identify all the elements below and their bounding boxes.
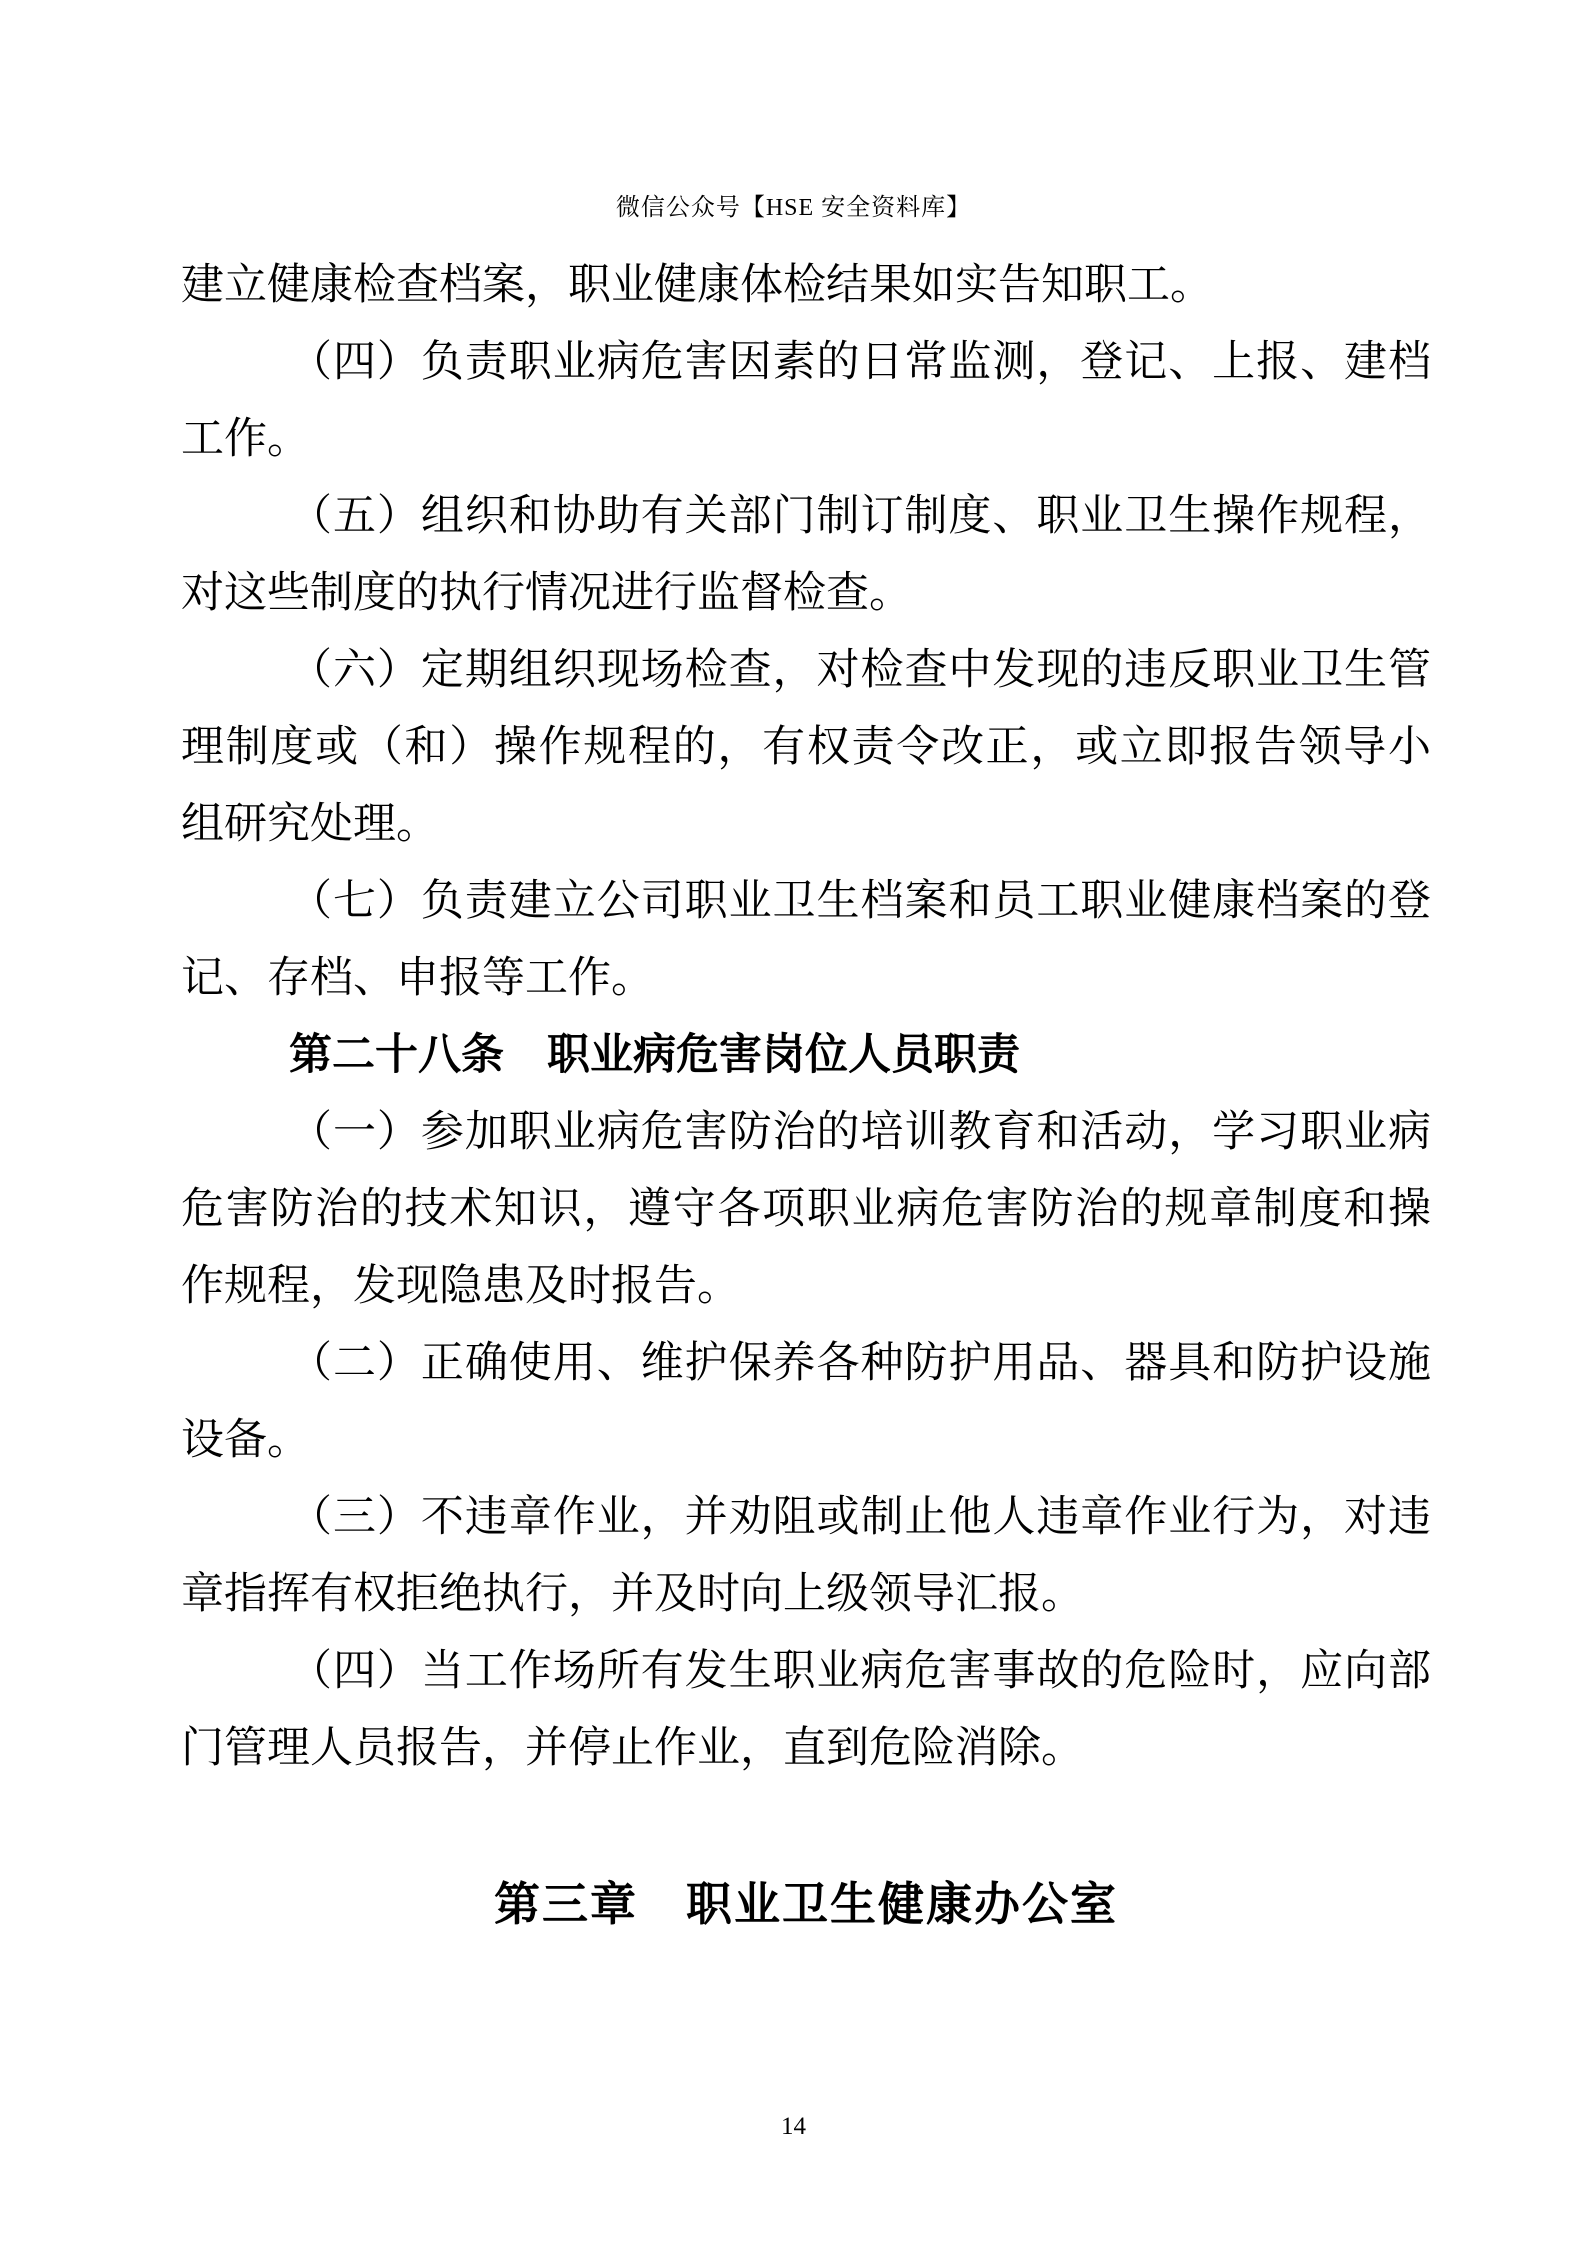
article-heading-line: 第二十八条 职业病危害岗位人员职责 [181,1017,1431,1094]
page-number: 14 [0,2112,1587,2142]
text-line: 记、存档、申报等工作。 [181,940,1431,1017]
text-line: （三）不违章作业，并劝阻或制止他人违章作业行为，对违 [181,1479,1431,1556]
text-line: （六）定期组织现场检查，对检查中发现的违反职业卫生管 [181,632,1431,709]
text-line: 危害防治的技术知识，遵守各项职业病危害防治的规章制度和操 [181,1171,1431,1248]
page-header: 微信公众号【HSE 安全资料库】 [0,194,1587,222]
text-line: （五）组织和协助有关部门制订制度、职业卫生操作规程， [181,478,1431,555]
document-page: 微信公众号【HSE 安全资料库】 建立健康检查档案，职业健康体检结果如实告知职工… [0,0,1587,2245]
text-line: 理制度或（和）操作规程的，有权责令改正，或立即报告领导小 [181,709,1431,786]
text-line: 设备。 [181,1402,1431,1479]
text-line: （四）负责职业病危害因素的日常监测，登记、上报、建档 [181,324,1431,401]
text-line: 作规程，发现隐患及时报告。 [181,1248,1431,1325]
text-line: 工作。 [181,401,1431,478]
text-line: （一）参加职业病危害防治的培训教育和活动，学习职业病 [181,1094,1431,1171]
text-line: （二）正确使用、维护保养各种防护用品、器具和防护设施 [181,1325,1431,1402]
text-line: 对这些制度的执行情况进行监督检查。 [181,555,1431,632]
text-line: 组研究处理。 [181,786,1431,863]
text-line: 建立健康检查档案，职业健康体检结果如实告知职工。 [181,247,1431,324]
text-line: 门管理人员报告，并停止作业，直到危险消除。 [181,1710,1431,1787]
body-text: 建立健康检查档案，职业健康体检结果如实告知职工。（四）负责职业病危害因素的日常监… [181,247,1431,1787]
text-line: （四）当工作场所有发生职业病危害事故的危险时，应向部 [181,1633,1431,1710]
text-line: （七）负责建立公司职业卫生档案和员工职业健康档案的登 [181,863,1431,940]
chapter-heading: 第三章 职业卫生健康办公室 [181,1866,1431,1943]
text-line: 章指挥有权拒绝执行，并及时向上级领导汇报。 [181,1556,1431,1633]
